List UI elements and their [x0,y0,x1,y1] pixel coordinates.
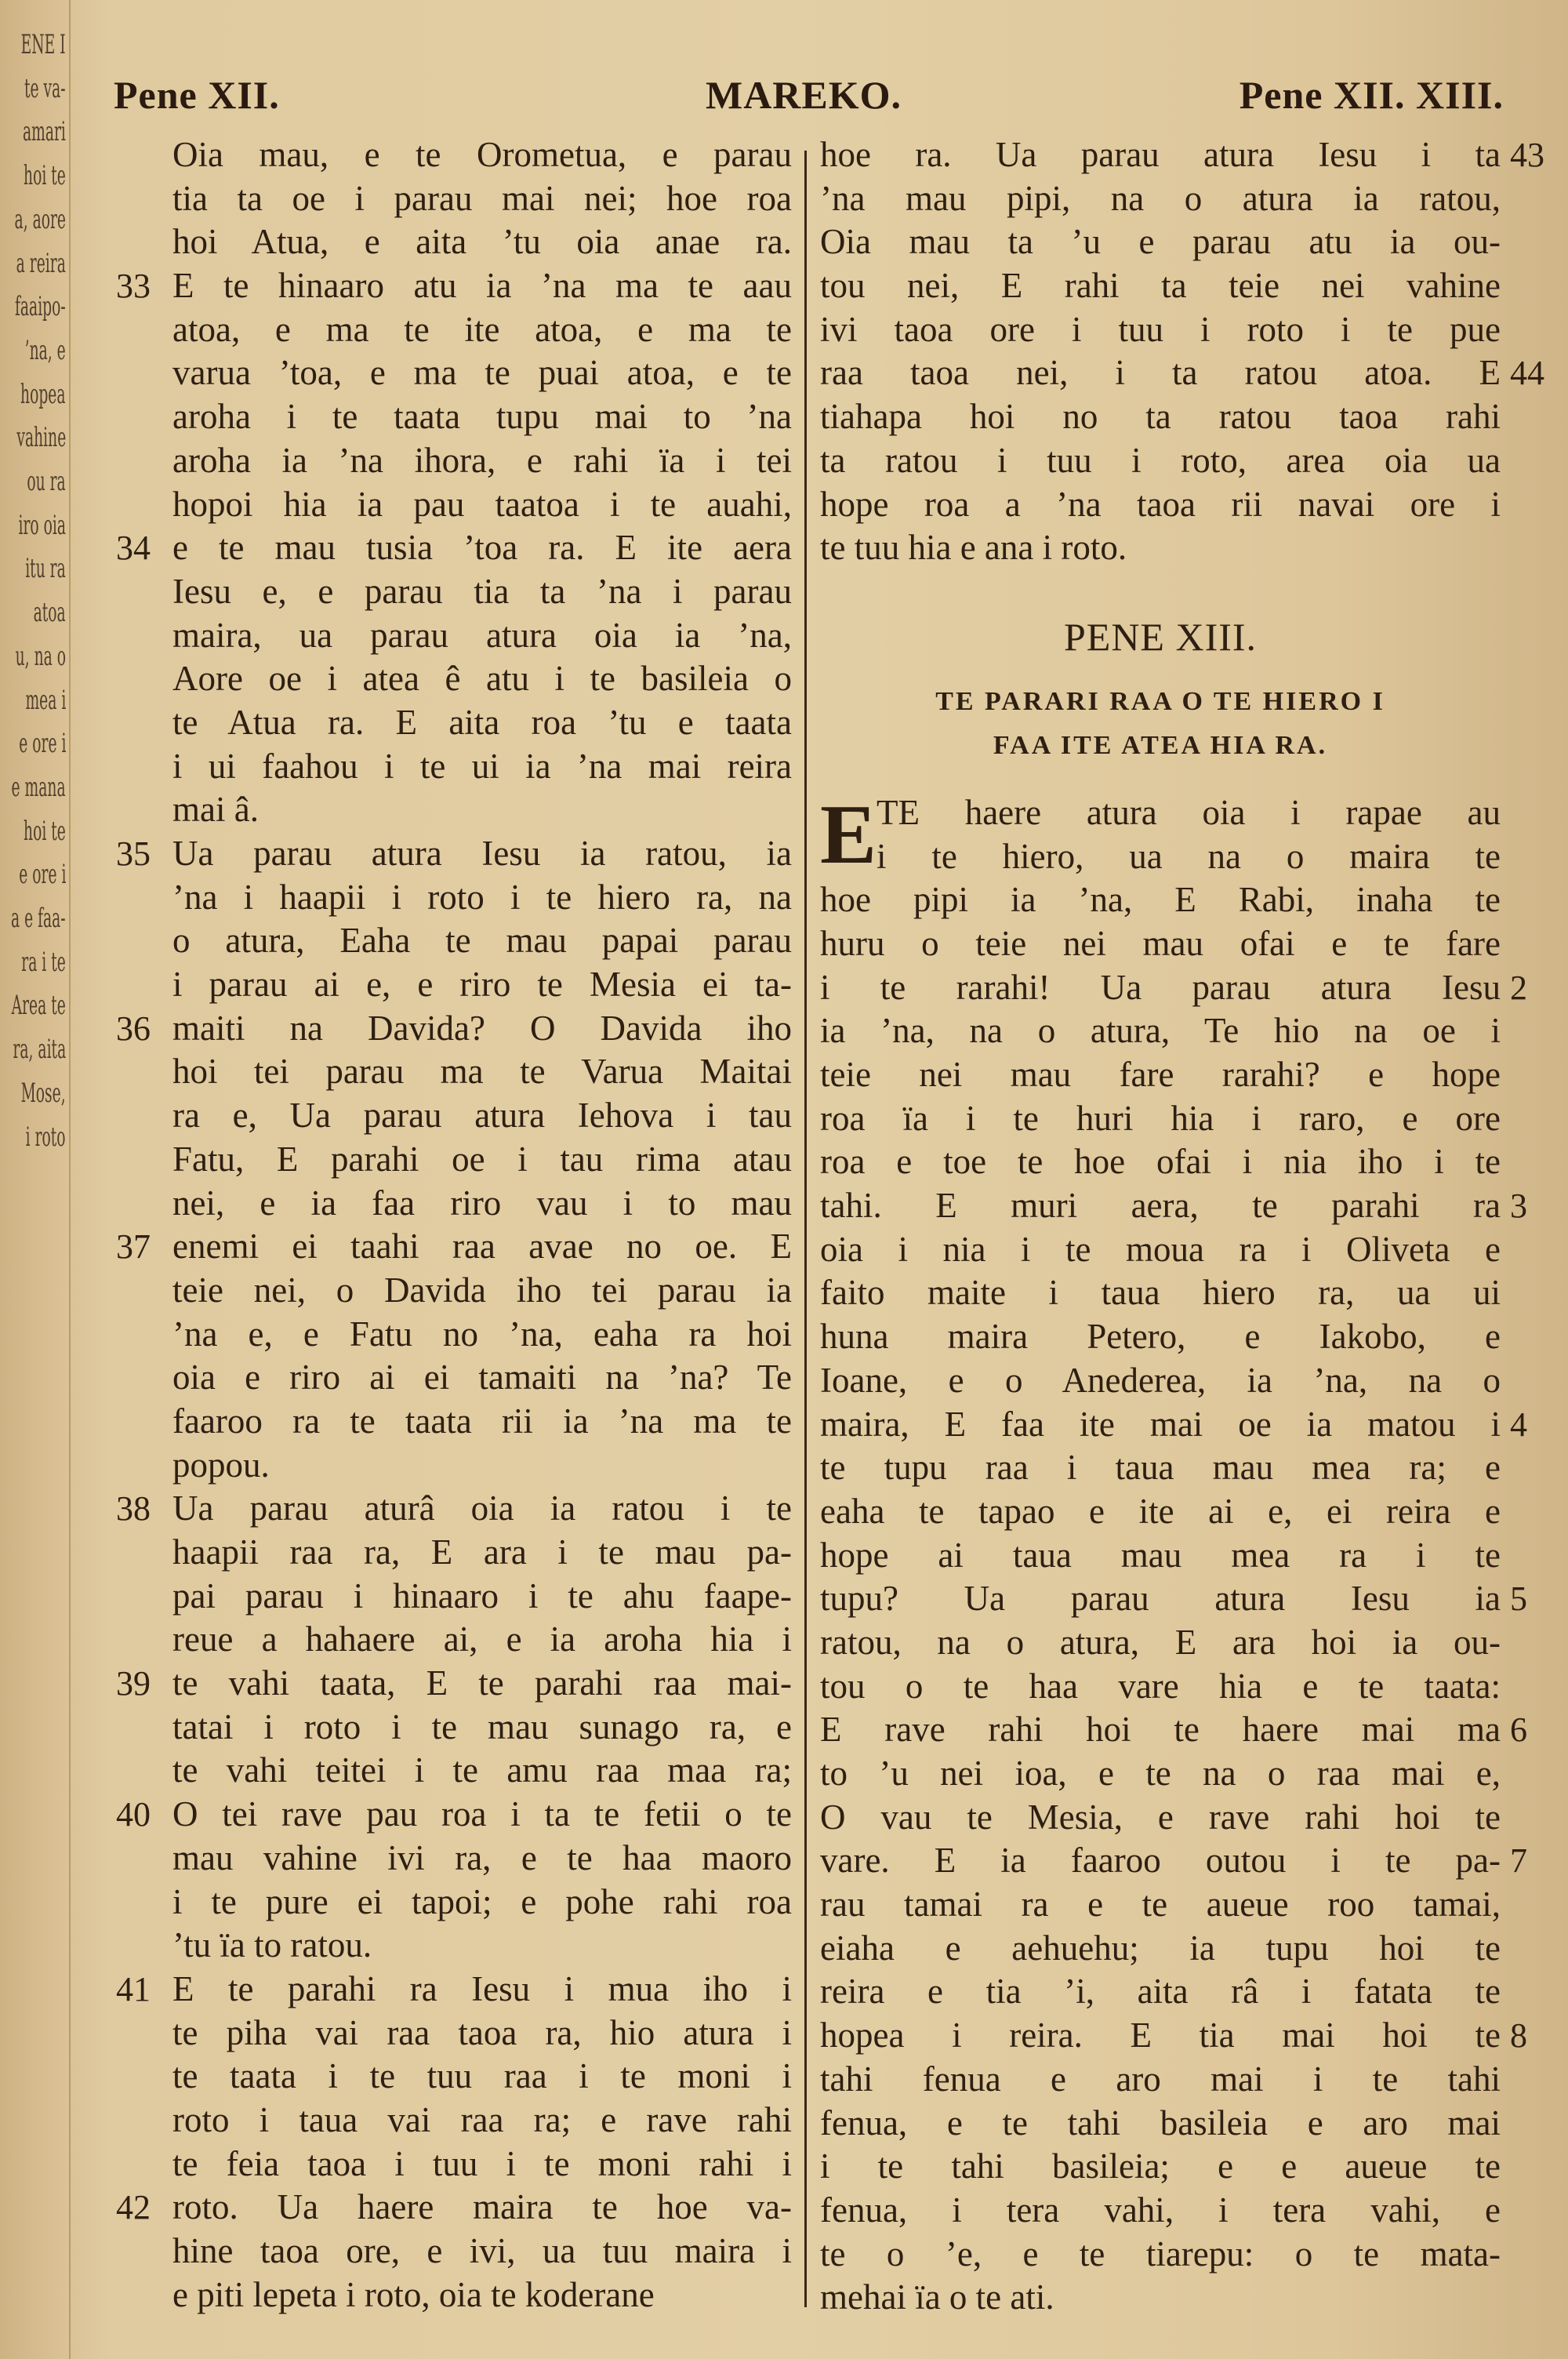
line-text: te taata i te tuu raa i te moni i [172,2055,792,2099]
line-text: hine taoa ore, e ivi, ua tuu maira i [172,2230,792,2274]
line-text: tiahapa hoi no ta ratou taoa rahi [820,395,1501,439]
line-text: roto i taua vai raa ra; e rave rahi [172,2099,792,2143]
verse-number: 4 [1510,1403,1527,1447]
verse-number: 42 [116,2186,151,2230]
text-line: 40O tei rave pau roa i ta te fetii o te [116,1793,792,1837]
text-line: 41E te parahi ra Iesu i mua iho i [116,1968,792,2012]
line-text: tou nei, E rahi ta teie nei vahine [820,264,1501,308]
line-text: huna maira Petero, e Iakobo, e [820,1315,1501,1359]
text-line: Oia mau ta ’u e parau atu ia ou- [820,220,1501,264]
previous-page-fragment: te va- [24,75,66,102]
line-text: Iesu e, e parau tia ta ’na i parau [172,570,792,614]
line-text: fenua, i tera vahi, i tera vahi, e [820,2189,1501,2233]
verse-number: 35 [116,832,151,876]
text-line: 5tupu? Ua parau atura Iesu ia [820,1577,1501,1621]
line-text: raa taoa nei, i ta ratou atoa. E [820,351,1501,395]
previous-page-fragment: iro oia [18,512,66,539]
line-text: E te hinaaro atu ia ’na ma te aau [172,264,792,308]
text-line: Iesu e, e parau tia ta ’na i parau [116,570,792,614]
text-line: 6E rave rahi hoi te haere mai ma [820,1708,1501,1752]
previous-page-edge: ENE Ite va-amarihoi tea, aorea reirafaai… [0,0,71,2359]
running-head-right: Pene XII. XIII. [1240,72,1504,118]
text-line: te o ’e, e te tiarepu: o te mata- [820,2233,1501,2277]
line-text: to ’u nei ioa, e te na o raa mai e, [820,1752,1501,1796]
line-text: aroha i te taata tupu mai to ’na [172,395,792,439]
text-line: oia i nia i te moua ra i Oliveta e [820,1228,1501,1272]
line-text: i parau ai e, e riro te Mesia ei ta- [172,963,792,1007]
line-text: tahi. E muri aera, te parahi ra [820,1184,1501,1228]
line-text: teie nei, o Davida iho tei parau ia [172,1269,792,1313]
text-line: ia ’na, na o atura, Te hio na oe i [820,1009,1501,1053]
line-text: i te tahi basileia; e e aueue te [820,2145,1501,2189]
line-text: tou o te haa vare hia e te taata: [820,1665,1501,1709]
line-text: vare. E ia faaroo outou i te pa- [820,1839,1501,1883]
line-text: E te parahi ra Iesu i mua iho i [172,1968,792,2012]
text-line: 34e te mau tusia ’toa ra. E ite aera [116,526,792,570]
line-text: popou. [172,1444,792,1488]
text-line: ta ratou i tuu i roto, area oia ua [820,439,1501,483]
text-line: 8hopea i reira. E tia mai hoi te [820,2014,1501,2058]
line-text: i te rarahi! Ua parau atura Iesu [820,966,1501,1010]
line-text: o atura, Eaha te mau papai parau [172,919,792,963]
running-head-book-title: MAREKO. [706,72,902,118]
text-line: te tuu hia e ana i roto. [820,526,1501,570]
text-line: te taata i te tuu raa i te moni i [116,2055,792,2099]
chapter-summary-line-1: TE PARARI RAA O TE HIERO I [820,680,1501,724]
line-text: teie nei mau fare rarahi? e hope [820,1053,1501,1097]
text-line: mau vahine ivi ra, e te haa maoro [116,1837,792,1881]
line-text: hoe ra. Ua parau atura Iesu i ta [820,133,1501,177]
text-line: tou nei, E rahi ta teie nei vahine [820,264,1501,308]
line-text: mau vahine ivi ra, e te haa maoro [172,1837,792,1881]
previous-page-fragment: u, na o [16,643,66,670]
right-column: 43hoe ra. Ua parau atura Iesu i ta’na ma… [820,133,1501,2320]
text-line: teie nei mau fare rarahi? e hope [820,1053,1501,1097]
line-text: oia i nia i te moua ra i Oliveta e [820,1228,1501,1272]
line-text: haapii raa ra, E ara i te mau pa- [172,1531,792,1575]
previous-page-fragment: Area te [12,992,66,1019]
verse-number: 6 [1510,1708,1527,1752]
text-line: 4maira, E faa ite mai oe ia matou i [820,1403,1501,1447]
text-line: i te pure ei tapoi; e pohe rahi roa [116,1881,792,1925]
text-line: 37enemi ei taahi raa avae no oe. E [116,1225,792,1269]
verse-number: 43 [1510,133,1544,177]
text-line: eiaha e aehuehu; ia tupu hoi te [820,1927,1501,1971]
text-line: to ’u nei ioa, e te na o raa mai e, [820,1752,1501,1796]
previous-page-fragment: Mose, [21,1080,66,1107]
verse-number: 38 [116,1487,151,1531]
text-line: hope ai taua mau mea ra i te [820,1534,1501,1578]
text-line: mehai ïa o te ati. [820,2276,1501,2320]
line-text: huru o teie nei mau ofai e te fare [820,922,1501,966]
previous-page-fragment: ENE I [21,31,66,58]
line-text: ta ratou i tuu i roto, area oia ua [820,439,1501,483]
text-line: 36maiti na Davida? O Davida iho [116,1007,792,1051]
text-line: hine taoa ore, e ivi, ua tuu maira i [116,2230,792,2274]
line-text: Ua parau aturâ oia ia ratou i te [172,1487,792,1531]
line-text: maira, ua parau atura oia ia ’na, [172,614,792,658]
text-line: Ioane, e o Anederea, ia ’na, na o [820,1359,1501,1403]
line-text: i ui faahou i te ui ia ’na mai reira [172,745,792,789]
line-text: te piha vai raa taoa ra, hio atura i [172,2012,792,2055]
text-line: huna maira Petero, e Iakobo, e [820,1315,1501,1359]
text-line: huru o teie nei mau ofai e te fare [820,922,1501,966]
text-line: te piha vai raa taoa ra, hio atura i [116,2012,792,2055]
text-line: teie nei, o Davida iho tei parau ia [116,1269,792,1313]
text-line: 7vare. E ia faaroo outou i te pa- [820,1839,1501,1883]
line-text: Fatu, E parahi oe i tau rima atau [172,1138,792,1182]
text-line: fenua, e te tahi basileia e aro mai [820,2102,1501,2146]
text-line: eaha te tapao e ite ai e, ei reira e [820,1490,1501,1534]
text-line: te Atua ra. E aita roa ’tu e taata [116,701,792,745]
text-line: ivi taoa ore i tuu i roto i te pue [820,308,1501,352]
line-text: ivi taoa ore i tuu i roto i te pue [820,308,1501,352]
text-line: roto i taua vai raa ra; e rave rahi [116,2099,792,2143]
line-text: O vau te Mesia, e rave rahi hoi te [820,1796,1501,1840]
line-text: hopea i reira. E tia mai hoi te [820,2014,1501,2058]
line-text: Oia mau ta ’u e parau atu ia ou- [820,220,1501,264]
text-line: i ui faahou i te ui ia ’na mai reira [116,745,792,789]
text-line: hoi Atua, e aita ’tu oia anae ra. [116,220,792,264]
text-line: te vahi teitei i te amu raa maa ra; [116,1749,792,1793]
left-column: Oia mau, e te Orometua, e parautia ta oe… [116,133,792,2317]
line-text: i te hiero, ua na o maira te [877,835,1501,879]
text-line: 42roto. Ua haere maira te hoe va- [116,2186,792,2230]
line-text: te feia taoa i tuu i te moni rahi i [172,2143,792,2186]
line-text: TE haere atura oia i rapae au [877,791,1501,835]
line-text: atoa, e ma te ite atoa, e ma te [172,308,792,352]
verse-number: 2 [1510,966,1527,1010]
line-text: tupu? Ua parau atura Iesu ia [820,1577,1501,1621]
line-text: varua ’toa, e ma te puai atoa, e te [172,351,792,395]
previous-page-fragment: i roto [26,1124,66,1150]
line-text: maiti na Davida? O Davida iho [172,1007,792,1051]
line-text: eaha te tapao e ite ai e, ei reira e [820,1490,1501,1534]
previous-page-fragment: e ore i [19,861,66,888]
line-text: mehai ïa o te ati. [820,2276,1501,2320]
chapter-heading: PENE XIII. [820,594,1501,680]
verse-number: 33 [116,264,151,308]
text-line: 35Ua parau atura Iesu ia ratou, ia [116,832,792,876]
line-text: reira e tia ’i, aita râ i fatata te [820,1970,1501,2014]
text-line: ’na e, e Fatu no ’na, eaha ra hoi [116,1313,792,1357]
text-line: hoe pipi ia ’na, E Rabi, inaha te [820,878,1501,922]
previous-page-fragment: a e faa- [11,905,66,932]
previous-page-fragment: ou ra [27,468,66,495]
text-line: reira e tia ’i, aita râ i fatata te [820,1970,1501,2014]
text-line: tatai i roto i te mau sunago ra, e [116,1706,792,1750]
text-line: aroha ia ’na ihora, e rahi ïa i tei [116,439,792,483]
text-line: pai parau i hinaaro i te ahu faape- [116,1575,792,1619]
line-text: enemi ei taahi raa avae no oe. E [172,1225,792,1269]
line-text: i te pure ei tapoi; e pohe rahi roa [172,1881,792,1925]
text-line: hoi tei parau ma te Varua Maitai [116,1050,792,1094]
column-divider [804,151,807,2307]
line-text: ’tu ïa to ratou. [172,1924,792,1968]
line-text: faito maite i taua hiero ra, ua ui [820,1271,1501,1315]
line-text: ’na e, e Fatu no ’na, eaha ra hoi [172,1313,792,1357]
line-text: reue a hahaere ai, e ia aroha hia i [172,1618,792,1662]
text-line: Fatu, E parahi oe i tau rima atau [116,1138,792,1182]
previous-page-fragment: itu ra [25,555,66,582]
line-text: aroha ia ’na ihora, e rahi ïa i tei [172,439,792,483]
line-text: hoi tei parau ma te Varua Maitai [172,1050,792,1094]
line-text: hope ai taua mau mea ra i te [820,1534,1501,1578]
text-line: i te hiero, ua na o maira te [820,835,1501,879]
text-line: e piti lepeta i roto, oia te koderane [116,2274,792,2317]
line-text: te tuu hia e ana i roto. [820,526,1501,570]
line-text: nei, e ia faa riro vau i to mau [172,1182,792,1226]
text-line: hope roa a ’na taoa rii navai ore i [820,483,1501,527]
text-line: tou o te haa vare hia e te taata: [820,1665,1501,1709]
previous-page-fragment: e mana [12,774,66,801]
text-line: ’na i haapii i roto i te hiero ra, na [116,876,792,920]
text-line: fenua, i tera vahi, i tera vahi, e [820,2189,1501,2233]
verse-number: 41 [116,1968,151,2012]
previous-page-fragment: hopea [21,381,66,408]
line-text: ra e, Ua parau atura Iehova i tau [172,1094,792,1138]
previous-page-fragment: ’na, e [25,337,66,364]
line-text: pai parau i hinaaro i te ahu faape- [172,1575,792,1619]
text-line: popou. [116,1444,792,1488]
previous-page-fragment: e ore i [19,730,66,757]
previous-page-fragment: a, aore [15,206,66,233]
running-head-left: Pene XII. [114,72,280,118]
text-line: varua ’toa, e ma te puai atoa, e te [116,351,792,395]
line-text: e piti lepeta i roto, oia te koderane [172,2274,792,2317]
verse-number: 34 [116,526,151,570]
line-text: e te mau tusia ’toa ra. E ite aera [172,526,792,570]
text-line: nei, e ia faa riro vau i to mau [116,1182,792,1226]
text-line: 44raa taoa nei, i ta ratou atoa. E [820,351,1501,395]
verse-number: 5 [1510,1577,1527,1621]
line-text: te vahi taata, E te parahi raa mai- [172,1662,792,1706]
line-text: te o ’e, e te tiarepu: o te mata- [820,2233,1501,2277]
text-line: reue a hahaere ai, e ia aroha hia i [116,1618,792,1662]
verse-number: 36 [116,1007,151,1051]
text-line: faito maite i taua hiero ra, ua ui [820,1271,1501,1315]
text-line: roa ïa i te huri hia i raro, e ore [820,1097,1501,1141]
line-text: Aore oe i atea ê atu i te basileia o [172,657,792,701]
text-line: hopoi hia ia pau taatoa i te auahi, [116,483,792,527]
line-text: tatai i roto i te mau sunago ra, e [172,1706,792,1750]
verse-number: 7 [1510,1839,1527,1883]
previous-page-fragment: a reira [16,250,66,277]
line-text: tia ta oe i parau mai nei; hoe roa [172,177,792,221]
line-text: roa e toe te hoe ofai i nia iho i te [820,1140,1501,1184]
line-text: te vahi teitei i te amu raa maa ra; [172,1749,792,1793]
text-line: 3tahi. E muri aera, te parahi ra [820,1184,1501,1228]
text-line: o atura, Eaha te mau papai parau [116,919,792,963]
line-text: ia ’na, na o atura, Te hio na oe i [820,1009,1501,1053]
line-text: hoe pipi ia ’na, E Rabi, inaha te [820,878,1501,922]
text-line: 39te vahi taata, E te parahi raa mai- [116,1662,792,1706]
text-line: rau tamai ra e te aueue roo tamai, [820,1883,1501,1927]
chapter-summary-line-2: FAA ITE ATEA HIA RA. [820,724,1501,768]
text-line: roa e toe te hoe ofai i nia iho i te [820,1140,1501,1184]
verse-number: 44 [1510,351,1544,395]
text-line: ratou, na o atura, E ara hoi ia ou- [820,1621,1501,1665]
line-text: E rave rahi hoi te haere mai ma [820,1708,1501,1752]
text-line: ETE haere atura oia i rapae au [820,791,1501,835]
previous-page-fragment: ra, aita [13,1036,66,1063]
text-line: 43hoe ra. Ua parau atura Iesu i ta [820,133,1501,177]
text-line: ’na mau pipi, na o atura ia ratou, [820,177,1501,221]
text-line: ra e, Ua parau atura Iehova i tau [116,1094,792,1138]
line-text: Oia mau, e te Orometua, e parau [172,133,792,177]
text-line: aroha i te taata tupu mai to ’na [116,395,792,439]
line-text: ratou, na o atura, E ara hoi ia ou- [820,1621,1501,1665]
previous-page-fragment: hoi te [24,162,66,189]
previous-page-fragment: vahine [16,424,66,451]
line-text: hopoi hia ia pau taatoa i te auahi, [172,483,792,527]
text-line: 2i te rarahi! Ua parau atura Iesu [820,966,1501,1010]
text-line: tiahapa hoi no ta ratou taoa rahi [820,395,1501,439]
text-line: maira, ua parau atura oia ia ’na, [116,614,792,658]
text-line: te feia taoa i tuu i te moni rahi i [116,2143,792,2186]
text-line: te tupu raa i taua mau mea ra; e [820,1446,1501,1490]
text-line: Oia mau, e te Orometua, e parau [116,133,792,177]
line-text: te tupu raa i taua mau mea ra; e [820,1446,1501,1490]
previous-page-fragment: faaipo- [15,293,66,320]
line-text: rau tamai ra e te aueue roo tamai, [820,1883,1501,1927]
line-text: hope roa a ’na taoa rii navai ore i [820,483,1501,527]
text-line: i parau ai e, e riro te Mesia ei ta- [116,963,792,1007]
line-text: roto. Ua haere maira te hoe va- [172,2186,792,2230]
line-text: ’na mau pipi, na o atura ia ratou, [820,177,1501,221]
text-line: mai â. [116,788,792,832]
text-line: O vau te Mesia, e rave rahi hoi te [820,1796,1501,1840]
line-text: Ioane, e o Anederea, ia ’na, na o [820,1359,1501,1403]
text-line: 33E te hinaaro atu ia ’na ma te aau [116,264,792,308]
line-text: oia e riro ai ei tamaiti na ’na? Te [172,1356,792,1400]
text-line: Aore oe i atea ê atu i te basileia o [116,657,792,701]
line-text: fenua, e te tahi basileia e aro mai [820,2102,1501,2146]
verse-number: 39 [116,1662,151,1706]
previous-page-fragment: mea i [25,687,66,714]
book-page: ENE Ite va-amarihoi tea, aorea reirafaai… [0,0,1568,2359]
previous-page-fragment: hoi te [24,818,66,845]
line-text: eiaha e aehuehu; ia tupu hoi te [820,1927,1501,1971]
line-text: roa ïa i te huri hia i raro, e ore [820,1097,1501,1141]
verse-number: 40 [116,1793,151,1837]
verse-number: 37 [116,1225,151,1269]
line-text: Ua parau atura Iesu ia ratou, ia [172,832,792,876]
verse-number: 8 [1510,2014,1527,2058]
previous-page-fragment: amari [23,118,66,145]
text-line: i te tahi basileia; e e aueue te [820,2145,1501,2189]
line-text: mai â. [172,788,792,832]
line-text: O tei rave pau roa i ta te fetii o te [172,1793,792,1837]
line-text: maira, E faa ite mai oe ia matou i [820,1403,1501,1447]
line-text: faaroo ra te taata rii ia ’na ma te [172,1400,792,1444]
line-text: te Atua ra. E aita roa ’tu e taata [172,701,792,745]
text-line: tia ta oe i parau mai nei; hoe roa [116,177,792,221]
line-text: hoi Atua, e aita ’tu oia anae ra. [172,220,792,264]
text-line: faaroo ra te taata rii ia ’na ma te [116,1400,792,1444]
text-line: oia e riro ai ei tamaiti na ’na? Te [116,1356,792,1400]
text-line: haapii raa ra, E ara i te mau pa- [116,1531,792,1575]
previous-page-fragment: ra i te [21,949,66,976]
verse-number: 3 [1510,1184,1527,1228]
text-line: 38Ua parau aturâ oia ia ratou i te [116,1487,792,1531]
text-line: tahi fenua e aro mai i te tahi [820,2058,1501,2102]
text-line: ’tu ïa to ratou. [116,1924,792,1968]
text-line: atoa, e ma te ite atoa, e ma te [116,308,792,352]
line-text: ’na i haapii i roto i te hiero ra, na [172,876,792,920]
line-text: tahi fenua e aro mai i te tahi [820,2058,1501,2102]
previous-page-fragment: atoa [34,599,66,626]
